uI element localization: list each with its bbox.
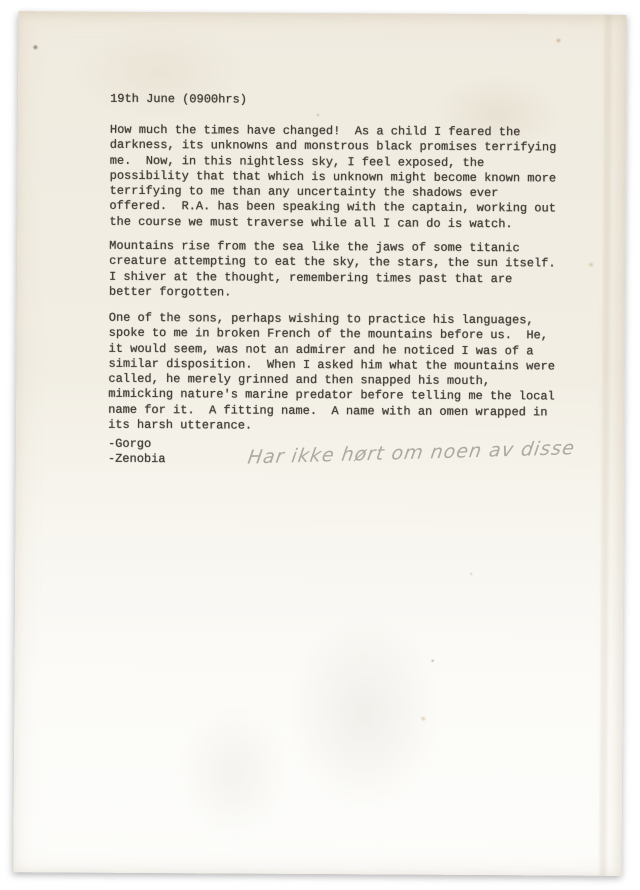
letter-paragraph-1: How much the times have changed! As a ch… — [109, 123, 556, 233]
scanned-letter: 19th June (0900hrs) How much the times h… — [0, 0, 640, 890]
handwritten-pencil-note: Har ikke hørt om noen av disse — [246, 437, 576, 469]
signature-gorgo: -Gorgo — [108, 437, 151, 453]
letter-paragraph-2: Mountains rise from the sea like the jaw… — [109, 239, 556, 303]
date-line: 19th June (0900hrs) — [110, 92, 247, 108]
signature-zenobia: -Zenobia — [108, 452, 166, 468]
paper-sheet: 19th June (0900hrs) How much the times h… — [13, 11, 626, 876]
letter-paragraph-3: One of the sons, perhaps wishing to prac… — [108, 311, 555, 436]
